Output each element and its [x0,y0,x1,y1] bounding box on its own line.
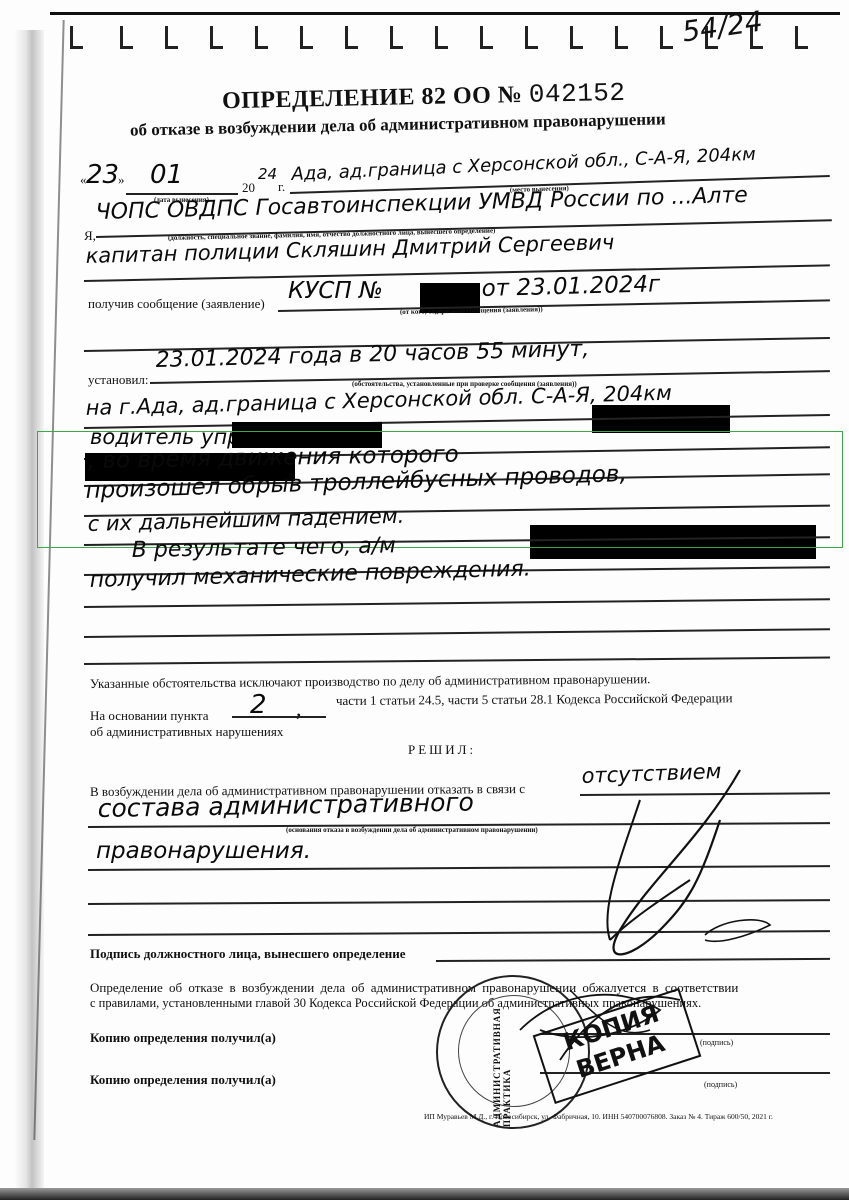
printer-footer: ИП Муравьев М.Д., г. Новосибирск, ул. Фа… [424,1112,773,1121]
scanned-document-page: 54/24 ОПРЕДЕЛЕНИЕ 82 ОО № 042152 об отка… [0,0,849,1200]
handwritten-signature [0,0,849,1200]
scan-bottom-edge [0,1188,849,1200]
